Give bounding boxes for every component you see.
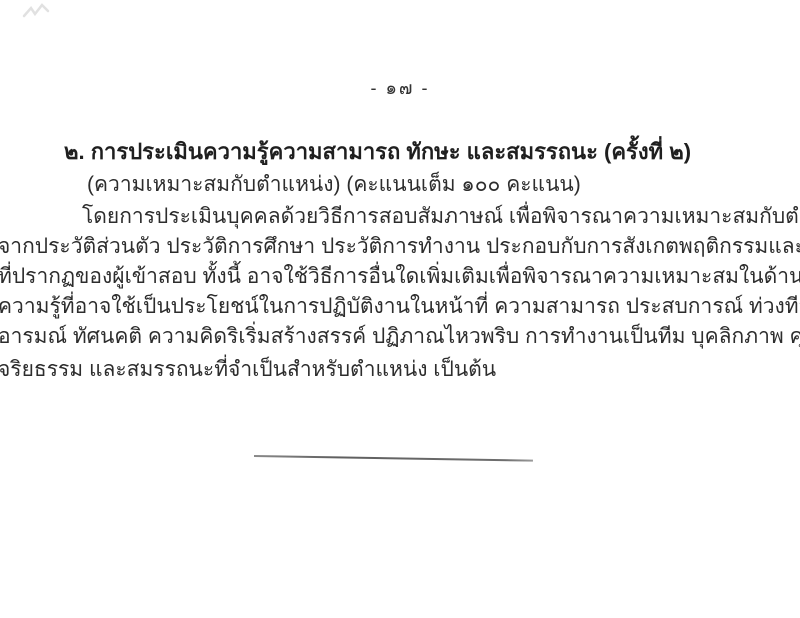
paragraph-line: จริยธรรม และสมรรถนะที่จำเป็นสำหรับตำแหน่… <box>0 356 496 384</box>
horizontal-rule <box>254 455 533 462</box>
document-page: - ๑๗ - ๒. การประเมินความรู้ความสามารถ ทั… <box>0 0 800 618</box>
paragraph-line: โดยการประเมินบุคคลด้วยวิธีการสอบสัมภาษณ์… <box>82 203 800 231</box>
section-subheading: (ความเหมาะสมกับตำแหน่ง) (คะแนนเต็ม ๑๐๐ ค… <box>87 171 581 199</box>
section-heading: ๒. การประเมินความรู้ความสามารถ ทักษะ และ… <box>64 138 691 166</box>
scan-artifact-mark <box>22 2 52 22</box>
page-number: - ๑๗ - <box>0 74 800 102</box>
paragraph-line: ที่ปรากฏของผู้เข้าสอบ ทั้งนี้ อาจใช้วิธี… <box>0 263 800 291</box>
paragraph-line: อารมณ์ ทัศนคติ ความคิดริเริ่มสร้างสรรค์ … <box>0 323 800 351</box>
paragraph-line: ความรู้ที่อาจใช้เป็นประโยชน์ในการปฏิบัติ… <box>0 293 800 321</box>
paragraph-line: จากประวัติส่วนตัว ประวัติการศึกษา ประวัต… <box>0 233 800 261</box>
